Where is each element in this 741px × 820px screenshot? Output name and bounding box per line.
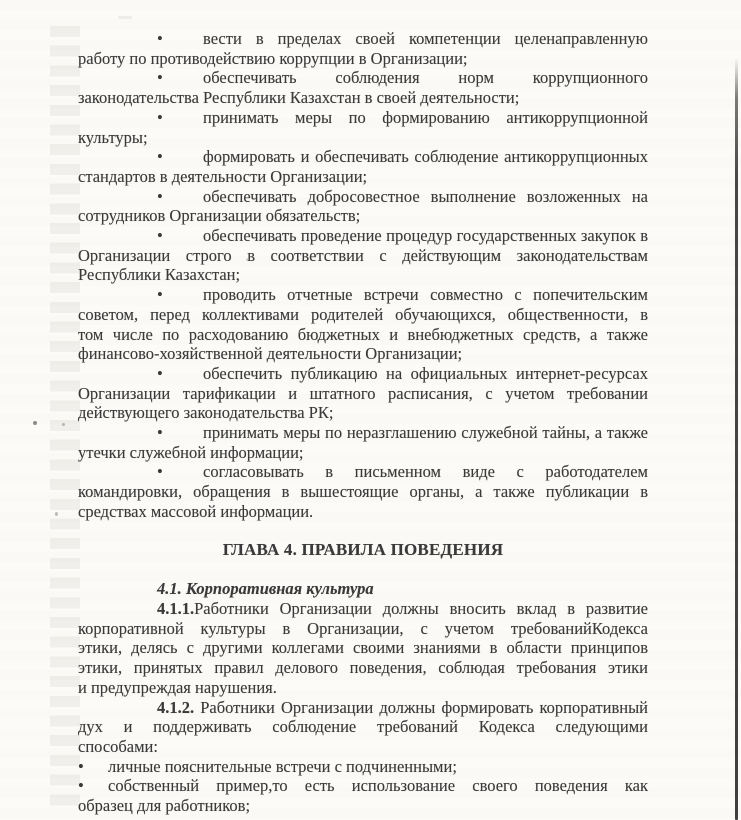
text-line: 4.1. Корпоративная культура — [78, 579, 648, 599]
text-line: •формировать и обеспечивать соблюдение а… — [78, 147, 648, 167]
bullet-icon: • — [157, 147, 203, 167]
text-line: 4.1.1.Работники Организации должны вноси… — [78, 599, 648, 619]
text-line: законодательства Республики Казахстан в … — [78, 88, 648, 108]
text-line: стандартов в деятельности Организации; — [78, 167, 648, 187]
text-line: •собственный пример,то есть использовани… — [78, 776, 648, 796]
list-item: •принимать меры по формированию антикорр… — [78, 108, 648, 147]
text-line: •личные пояснительные встречи с подчинен… — [78, 757, 648, 777]
scanned-document-page: •вести в пределах своей компетенции целе… — [0, 0, 741, 820]
text-line: •принимать меры по неразглашению служебн… — [78, 423, 648, 443]
scan-speck — [246, 258, 249, 261]
text-line: Организации строго в соответствии с дейс… — [78, 246, 648, 266]
text-line: образец для работников; — [78, 796, 648, 816]
text-line: Республики Казахстан; — [78, 265, 648, 285]
text-line: •вести в пределах своей компетенции целе… — [78, 29, 648, 49]
text-line: утечки служебной информации; — [78, 443, 648, 463]
bullet-icon: • — [157, 364, 203, 384]
document-body: •вести в пределах своей компетенции целе… — [78, 29, 648, 816]
clause-number: 4.1.2. — [157, 698, 194, 717]
bullet-icon: • — [157, 68, 203, 88]
list-item: •согласовывать в письменном виде с работ… — [78, 462, 648, 521]
list-item: •принимать меры по неразглашению служебн… — [78, 423, 648, 462]
bullet-icon: • — [157, 285, 203, 305]
list-item: •проводить отчетные встречи совместно с … — [78, 285, 648, 364]
numbered-paragraph: 4.1.2. Работники Организации должны форм… — [78, 698, 648, 757]
list-item: •собственный пример,то есть использовани… — [78, 776, 648, 815]
text-line: •согласовывать в письменном виде с работ… — [78, 462, 648, 482]
bullet-icon: • — [157, 423, 203, 443]
text-line: корпоративной культуры в Организации, с … — [78, 619, 648, 639]
list-item: •обеспечить публикацию на официальных ин… — [78, 364, 648, 423]
scan-speck — [33, 421, 37, 425]
text-line: том числе по расходованию бюджетных и вн… — [78, 325, 648, 345]
text-line: сотрудников Организации обязательств; — [78, 206, 648, 226]
clause-number: 4.1.1. — [157, 599, 194, 618]
text-line: культуры; — [78, 128, 648, 148]
numbered-paragraph: 4.1.1.Работники Организации должны вноси… — [78, 599, 648, 698]
text-line: советом, перед коллективами родителей об… — [78, 305, 648, 325]
text-line: и предупреждая нарушения. — [78, 678, 648, 698]
bullet-icon: • — [157, 29, 203, 49]
bullet-icon: • — [78, 757, 108, 777]
list-item: •обеспечивать соблюдения норм коррупцион… — [78, 68, 648, 107]
bullet-icon: • — [157, 462, 203, 482]
scan-speck — [55, 512, 58, 516]
text-line: •принимать меры по формированию антикорр… — [78, 108, 648, 128]
list-item: •обеспечивать добросовестное выполнение … — [78, 187, 648, 226]
list-item: •вести в пределах своей компетенции целе… — [78, 29, 648, 68]
text-line: •обеспечивать проведение процедур госуда… — [78, 226, 648, 246]
text-line: способами: — [78, 737, 648, 757]
text-line: командировки, обращения в вышестоящие ор… — [78, 482, 648, 502]
text-line: •обеспечивать добросовестное выполнение … — [78, 187, 648, 207]
text-line: этики, принятых правил делового поведени… — [78, 658, 648, 678]
list-item: •формировать и обеспечивать соблюдение а… — [78, 147, 648, 186]
bullet-icon: • — [157, 226, 203, 246]
text-line: этики, делясь с другими коллегами своими… — [78, 638, 648, 658]
text-line: 4.1.2. Работники Организации должны форм… — [78, 698, 648, 718]
list-item: •личные пояснительные встречи с подчинен… — [78, 757, 648, 777]
text-line: работу по противодействию коррупции в Ор… — [78, 49, 648, 69]
bullet-icon: • — [157, 108, 203, 128]
bullet-icon: • — [78, 776, 108, 796]
list-item: •обеспечивать проведение процедур госуда… — [78, 226, 648, 285]
text-line: •обеспечивать соблюдения норм коррупцион… — [78, 68, 648, 88]
bullet-icon: • — [157, 187, 203, 207]
text-line: •проводить отчетные встречи совместно с … — [78, 285, 648, 305]
chapter-heading: ГЛАВА 4. ПРАВИЛА ПОВЕДЕНИЯ — [78, 540, 648, 560]
text-line: действующего законодательства РК; — [78, 403, 648, 423]
scan-speck — [118, 16, 132, 19]
text-line: Организации тарификации и штатного распи… — [78, 384, 648, 404]
text-line: дух и поддерживать соблюдение требований… — [78, 717, 648, 737]
text-line: ГЛАВА 4. ПРАВИЛА ПОВЕДЕНИЯ — [78, 540, 648, 560]
text-line: финансово-хозяйственной деятельности Орг… — [78, 344, 648, 364]
scan-left-streaks — [50, 26, 80, 806]
section-heading: 4.1. Корпоративная культура — [78, 579, 648, 599]
text-line: •обеспечить публикацию на официальных ин… — [78, 364, 648, 384]
scan-edge-line — [735, 58, 738, 820]
text-line: средствах массовой информации. — [78, 502, 648, 522]
scan-speck — [62, 423, 65, 426]
